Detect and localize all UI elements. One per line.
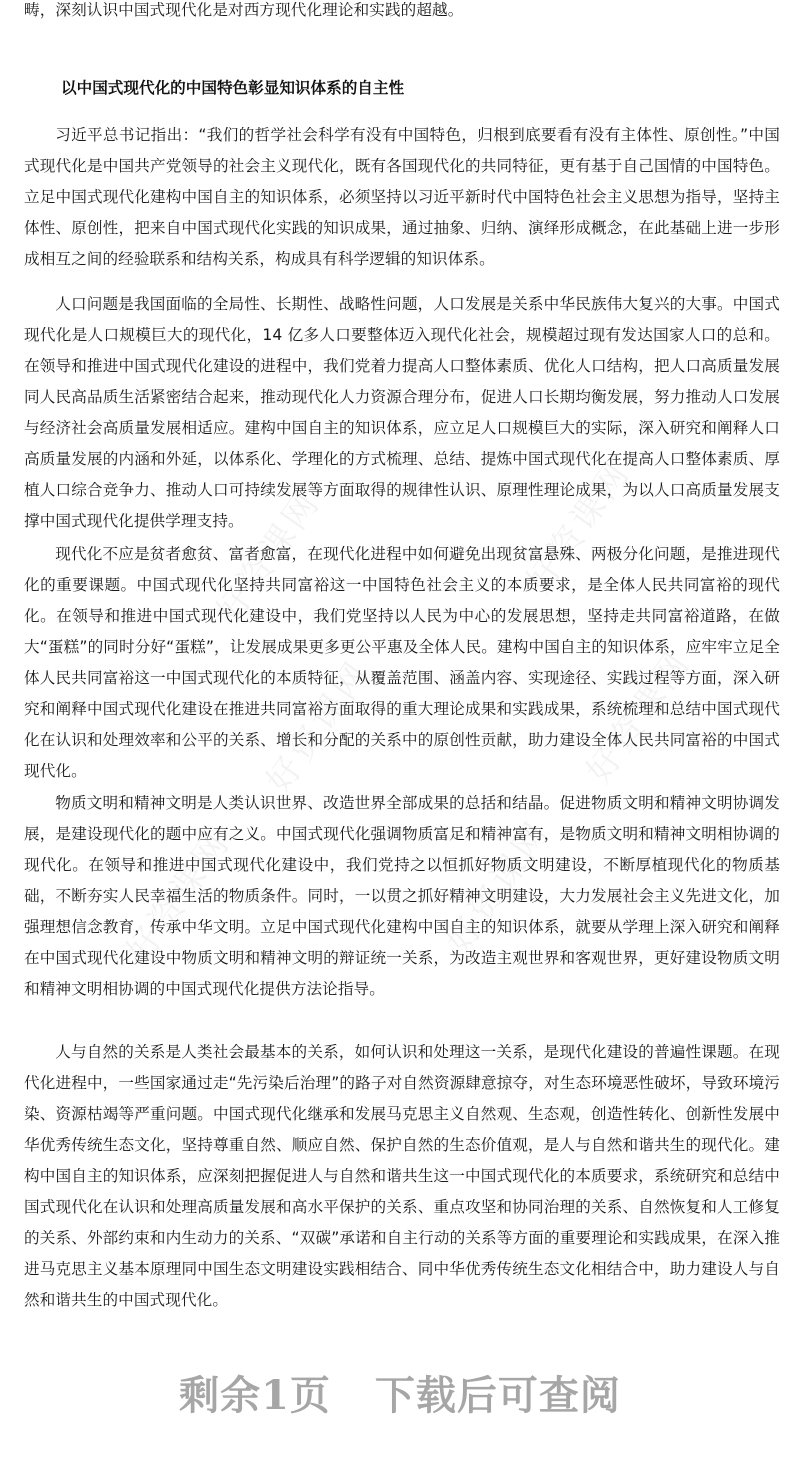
document-page: 好资课网 好资课网 好资课网 好资课网 好资课网 好资课网 畴，深刻认识中国式现… xyxy=(0,0,800,1474)
paragraph-common-prosperity: 现代化不应是贫者愈贫、富者愈富，在现代化进程中如何避免出现贫富悬殊、两极分化问题… xyxy=(24,539,780,787)
continuation-paragraph: 畴，深刻认识中国式现代化是对西方现代化理论和实践的超越。 xyxy=(24,0,780,26)
paragraph-subjectivity: 习近平总书记指出：“我们的哲学社会科学有没有中国特色，归根到底要看有没有主体性、… xyxy=(24,120,780,275)
remaining-pages-label: 剩余1页 xyxy=(179,1372,331,1419)
section-heading: 以中国式现代化的中国特色彰显知识体系的自主性 xyxy=(61,76,404,100)
paragraph-material-spiritual: 物质文明和精神文明是人类认识世界、改造世界全部成果的总括和结晶。促进物质文明和精… xyxy=(24,788,780,1005)
download-to-view-label[interactable]: 下载后可查阅 xyxy=(375,1372,621,1419)
paragraph-population: 人口问题是我国面临的全局性、长期性、战略性问题，人口发展是关系中华民族伟大复兴的… xyxy=(24,289,780,537)
download-prompt-banner[interactable]: 剩余1页下载后可查阅 xyxy=(0,1368,800,1424)
paragraph-human-nature: 人与自然的关系是人类社会最基本的关系，如何认识和处理这一关系，是现代化建设的普遍… xyxy=(24,1037,780,1316)
